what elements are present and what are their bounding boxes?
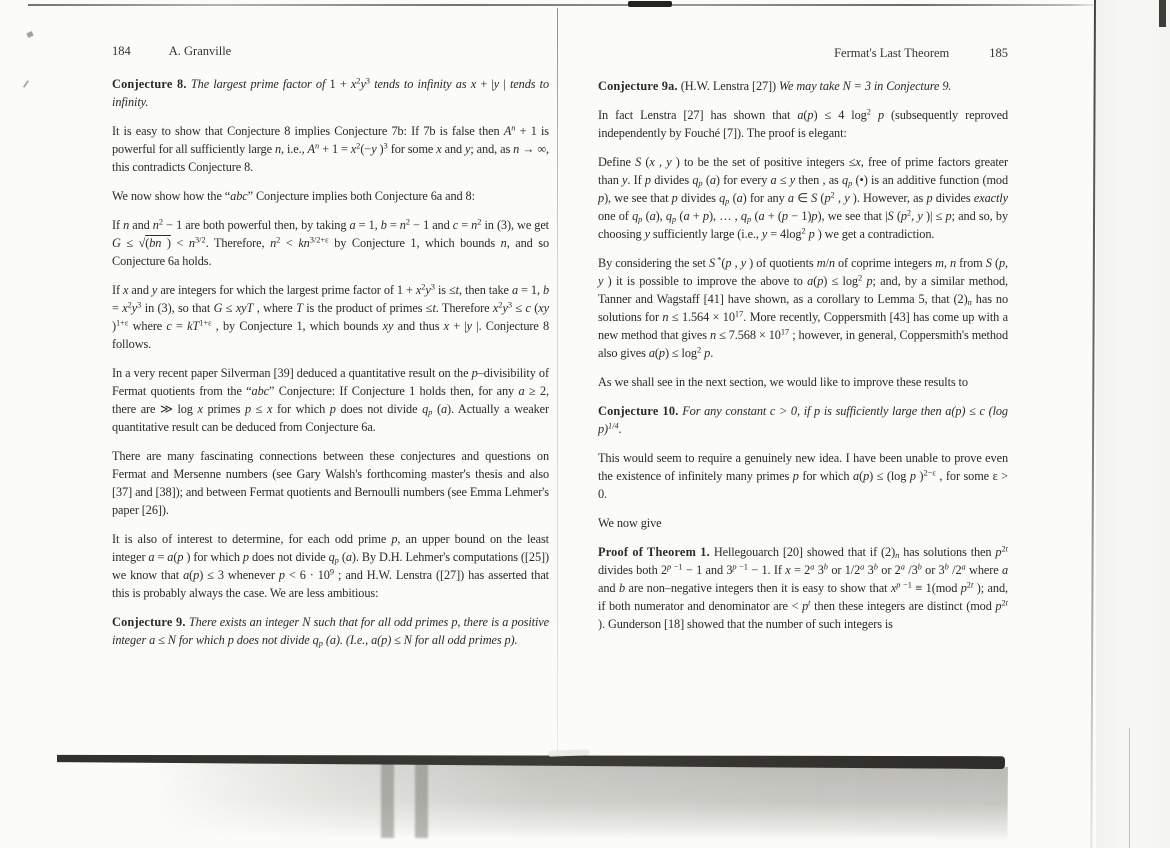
shadow-streak [381, 762, 394, 838]
paragraph: By considering the set S *(p , y ) of qu… [598, 254, 1008, 362]
paragraph: If x and y are integers for which the la… [112, 281, 549, 353]
scan-top-edge-line [28, 4, 1103, 6]
page-left: 184 A. Granville Conjecture 8. The large… [112, 44, 549, 649]
page-right-body: Conjecture 9a. (H.W. Lenstra [27]) We ma… [598, 77, 1008, 633]
paragraph: Conjecture 10. For any constant c > 0, i… [598, 402, 1008, 438]
running-head-left: A. Granville [169, 44, 231, 58]
page-left-header: 184 A. Granville [112, 44, 549, 58]
paragraph: It is easy to show that Conjecture 8 imp… [112, 122, 549, 176]
paragraph: Conjecture 9. There exists an integer N … [112, 613, 549, 649]
margin-speck [23, 80, 29, 88]
page-left-body: Conjecture 8. The largest prime factor o… [112, 75, 549, 649]
page-right-header: Fermat's Last Theorem 185 [598, 46, 1008, 60]
running-head-right: Fermat's Last Theorem [834, 46, 949, 60]
scanner-backing [1096, 0, 1170, 848]
paragraph: We now give [598, 514, 1008, 532]
paragraph: Conjecture 8. The largest prime factor o… [112, 75, 549, 111]
paragraph: Conjecture 9a. (H.W. Lenstra [27]) We ma… [598, 77, 1008, 95]
paragraph: Proof of Theorem 1. Hellegouarch [20] sh… [598, 543, 1008, 633]
shadow-streak [415, 762, 428, 838]
backing-fold-line [1129, 728, 1130, 848]
scan-top-edge-blob [628, 1, 672, 7]
paragraph: In a very recent paper Silverman [39] de… [112, 364, 549, 436]
paragraph: If n and n2 − 1 are both powerful then, … [112, 216, 549, 270]
paragraph: Define S (x , y ) to be the set of posit… [598, 153, 1008, 243]
paragraph: It is also of interest to determine, for… [112, 530, 549, 602]
book-scan: 184 A. Granville Conjecture 8. The large… [0, 0, 1170, 848]
corner-scan-mark [1159, 0, 1166, 27]
page-fold-line [557, 8, 558, 754]
page-number-left: 184 [112, 44, 131, 58]
margin-speck [26, 31, 34, 38]
page-right: Fermat's Last Theorem 185 Conjecture 9a.… [598, 46, 1008, 633]
paragraph: We now show how the “abc” Conjecture imp… [112, 187, 549, 205]
scan-bottom-shadow [148, 763, 1008, 841]
paragraph: As we shall see in the next section, we … [598, 373, 1008, 391]
paragraph: There are many fascinating connections b… [112, 447, 549, 519]
page-number-right: 185 [989, 46, 1008, 60]
paragraph: In fact Lenstra [27] has shown that a(p)… [598, 106, 1008, 142]
paragraph: This would seem to require a genuinely n… [598, 449, 1008, 503]
